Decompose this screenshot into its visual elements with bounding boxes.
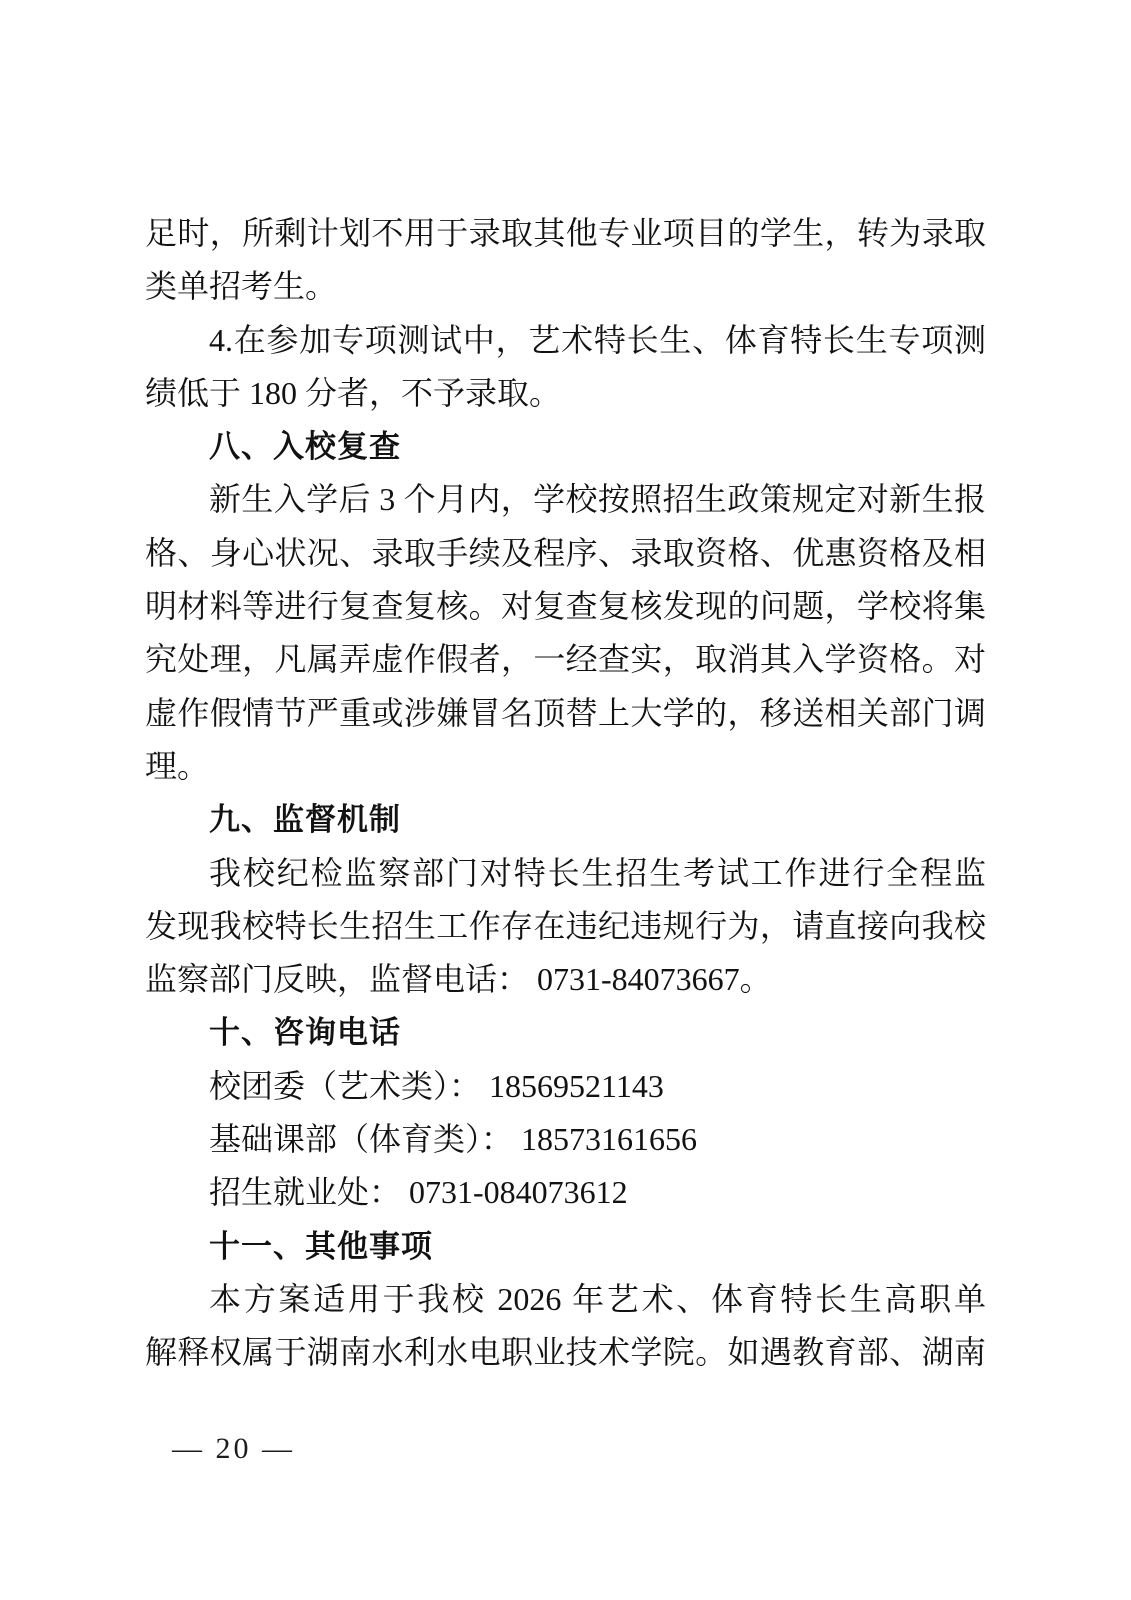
body-line: 发现我校特长生招生工作存在违纪违规行为，请直接向我校纪检 [145,900,986,953]
body-line: 新生入学后 3 个月内，学校按照招生政策规定对新生报名资 [145,473,986,526]
body-line: 本方案适用于我校 2026 年艺术、体育特长生高职单招。其 [145,1273,986,1326]
contact-line: 招生就业处： 0731-084073612 [145,1166,986,1219]
page-number: — 20 — [172,1429,295,1469]
body-line: 理。 [145,740,986,793]
body-line: 虚作假情节严重或涉嫌冒名顶替上大学的，移送相关部门调查处 [145,687,986,740]
body-line: 明材料等进行复查复核。对复查复核发现的问题，学校将集中研 [145,580,986,633]
body-line: 监察部门反映，监督电话： 0731-84073667。 [145,953,986,1006]
body-line: 4.在参加专项测试中，艺术特长生、体育特长生专项测试成 [145,314,986,367]
contact-line: 校团委（艺术类）： 18569521143 [145,1060,986,1113]
body-line: 究处理，凡属弄虚作假者，一经查实，取消其入学资格。对于弄 [145,633,986,686]
contact-line: 基础课部（体育类）： 18573161656 [145,1113,986,1166]
body-line: 我校纪检监察部门对特长生招生考试工作进行全程监督，如 [145,847,986,900]
body-line: 足时，所剩计划不用于录取其他专业项目的学生，转为录取普通 [145,207,986,260]
heading-section-9: 九、监督机制 [145,793,986,846]
body-line: 格、身心状况、录取手续及程序、录取资格、优惠资格及相关证 [145,527,986,580]
heading-section-11: 十一、其他事项 [145,1220,986,1273]
body-line: 类单招考生。 [145,260,986,313]
body-line: 解释权属于湖南水利水电职业技术学院。如遇教育部、湖南省教 [145,1326,986,1379]
document-body: 足时，所剩计划不用于录取其他专业项目的学生，转为录取普通类单招考生。4.在参加专… [145,207,986,1380]
heading-section-10: 十、咨询电话 [145,1006,986,1059]
body-line: 绩低于 180 分者，不予录取。 [145,367,986,420]
document-page: 足时，所剩计划不用于录取其他专业项目的学生，转为录取普通类单招考生。4.在参加专… [0,0,1131,1600]
heading-section-8: 八、入校复查 [145,420,986,473]
